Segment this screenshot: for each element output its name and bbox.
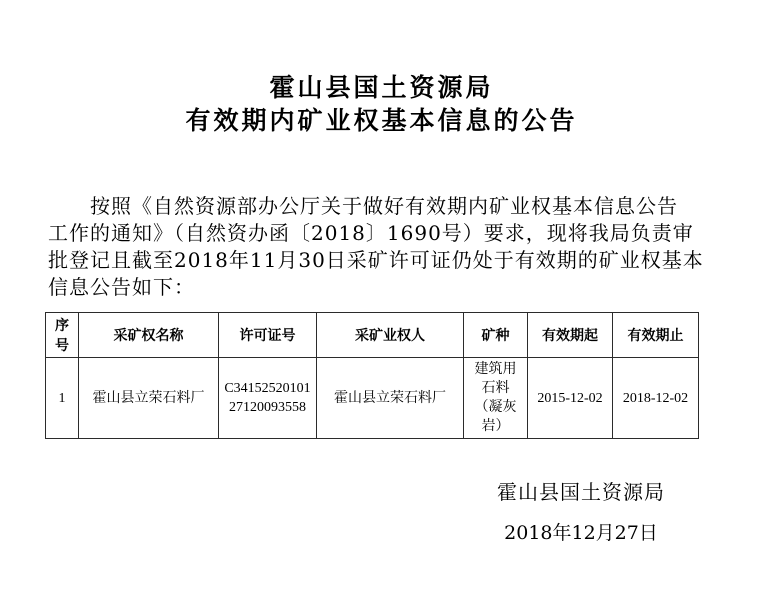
cell-mine-name: 霍山县立荣石料厂 [79, 358, 219, 439]
cell-seq: 1 [46, 358, 79, 439]
page-title-line1: 霍山县国土资源局 [0, 72, 763, 105]
signature-org: 霍山县国土资源局 [431, 476, 731, 505]
signature-block: 霍山县国土资源局 2018年12月27日 [431, 476, 731, 545]
cell-owner: 霍山县立荣石料厂 [317, 358, 464, 439]
table-header-row: 序号 采矿权名称 许可证号 采矿业权人 矿种 有效期起 有效期止 [46, 313, 699, 358]
signature-date: 2018年12月27日 [431, 518, 731, 545]
intro-line-2: 工作的通知》（自然资办函〔2018〕1690号）要求，现将我局负责审 [48, 220, 698, 247]
cell-valid-from: 2015-12-02 [528, 358, 613, 439]
column-header-owner: 采矿业权人 [317, 313, 464, 358]
intro-paragraph: 按照《自然资源部办公厅关于做好有效期内矿业权基本信息公告 工作的通知》（自然资办… [48, 193, 698, 301]
intro-line-4: 信息公告如下： [48, 274, 698, 301]
intro-line-1: 按照《自然资源部办公厅关于做好有效期内矿业权基本信息公告 [48, 193, 698, 220]
column-header-seq: 序号 [46, 313, 79, 358]
page-title-line2: 有效期内矿业权基本信息的公告 [0, 105, 763, 138]
table-row: 1 霍山县立荣石料厂 C3415252010127120093558 霍山县立荣… [46, 358, 699, 439]
column-header-mine-name: 采矿权名称 [79, 313, 219, 358]
cell-valid-to: 2018-12-02 [613, 358, 699, 439]
column-header-mineral: 矿种 [464, 313, 528, 358]
column-header-valid-to: 有效期止 [613, 313, 699, 358]
cell-mineral: 建筑用石料（凝灰岩） [464, 358, 528, 439]
intro-line-3: 批登记且截至2018年11月30日采矿许可证仍处于有效期的矿业权基本 [48, 247, 698, 274]
document-page: 霍山县国土资源局 有效期内矿业权基本信息的公告 按照《自然资源部办公厅关于做好有… [0, 0, 763, 607]
mining-rights-table: 序号 采矿权名称 许可证号 采矿业权人 矿种 有效期起 有效期止 1 霍山县立荣… [45, 312, 699, 439]
column-header-license-no: 许可证号 [219, 313, 317, 358]
column-header-valid-from: 有效期起 [528, 313, 613, 358]
page-title: 霍山县国土资源局 有效期内矿业权基本信息的公告 [0, 72, 763, 138]
cell-license-no: C3415252010127120093558 [219, 358, 317, 439]
